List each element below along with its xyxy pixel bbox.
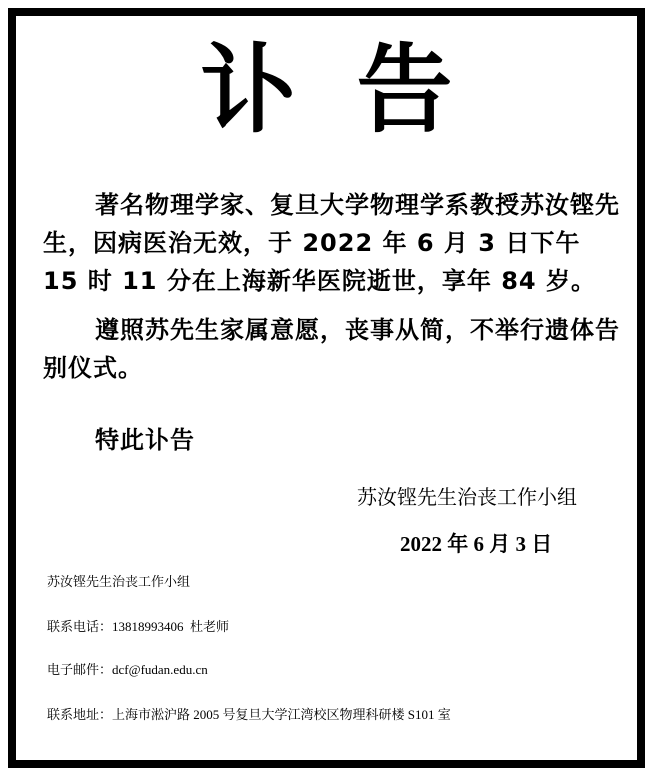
phone-value: 13818993406 杜老师 — [112, 619, 229, 634]
address-value: 上海市淞沪路 2005 号复旦大学江湾校区物理科研楼 S101 室 — [112, 707, 451, 722]
contact-group: 苏汝铿先生治丧工作小组 — [47, 573, 190, 591]
email-label: 电子邮件： — [47, 662, 112, 677]
closing-text: 特此讣告 — [95, 426, 195, 454]
page-title: 讣告 — [0, 30, 653, 150]
email-link[interactable]: dcf@fudan.edu.cn — [112, 662, 208, 677]
contact-email: 电子邮件：dcf@fudan.edu.cn — [47, 661, 208, 679]
address-label: 联系地址： — [47, 707, 112, 722]
contact-address: 联系地址：上海市淞沪路 2005 号复旦大学江湾校区物理科研楼 S101 室 — [47, 706, 451, 724]
signature-organization: 苏汝铿先生治丧工作小组 — [357, 484, 577, 510]
obituary-closing: 特此讣告 — [43, 421, 623, 459]
obituary-text-1: 著名物理学家、复旦大学物理学系教授苏汝铿先生，因病医治无效，于 2022 年 6… — [43, 191, 620, 295]
contact-phone: 联系电话：13818993406 杜老师 — [47, 618, 229, 636]
signature-date: 2022 年 6 月 3 日 — [400, 531, 552, 557]
phone-label: 联系电话： — [47, 619, 112, 634]
obituary-paragraph-2: 遵照苏先生家属意愿，丧事从简，不举行遗体告别仪式。 — [43, 311, 623, 387]
obituary-text-2: 遵照苏先生家属意愿，丧事从简，不举行遗体告别仪式。 — [43, 316, 620, 382]
obituary-paragraph-1: 著名物理学家、复旦大学物理学系教授苏汝铿先生，因病医治无效，于 2022 年 6… — [43, 186, 623, 300]
